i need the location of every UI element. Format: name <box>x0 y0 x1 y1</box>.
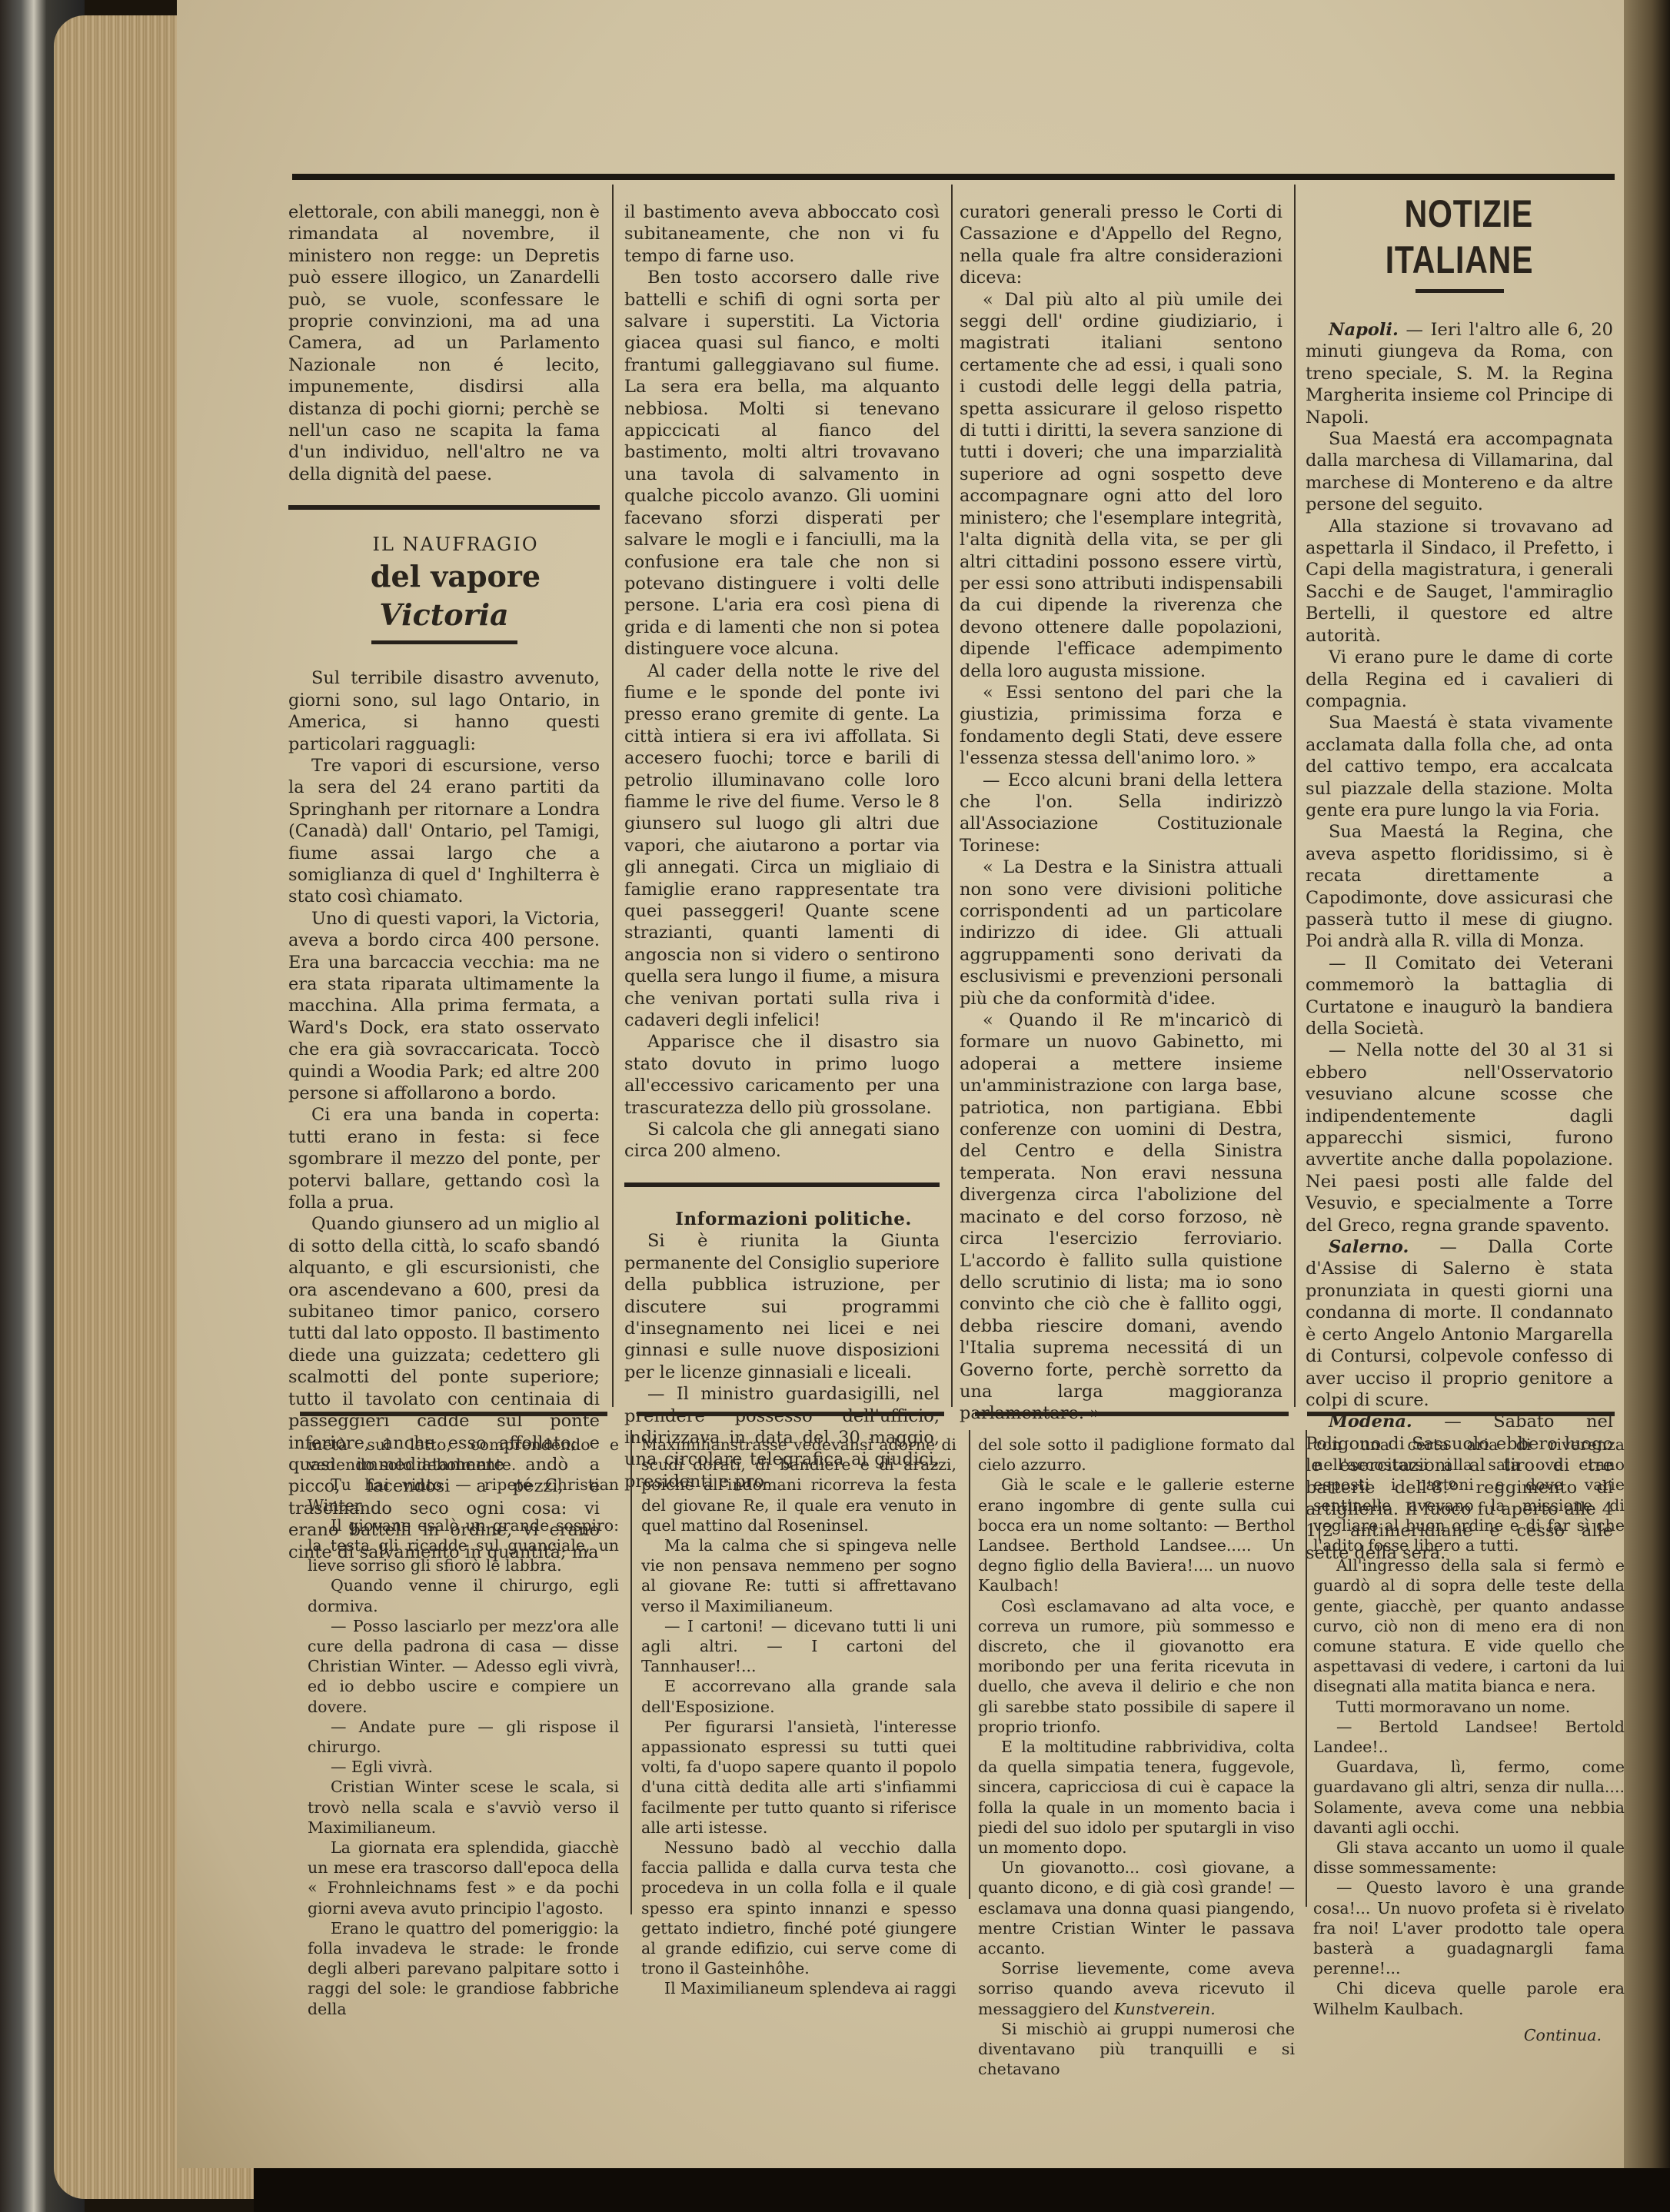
paragraph: — Posso lasciarlo per mezz'ora alle cure… <box>308 1616 619 1717</box>
quote-paragraph: « Essi sentono del pari che la giustizia… <box>960 682 1282 770</box>
feuilleton-separator <box>975 1412 1289 1416</box>
news-item: Alla stazione si trovavano ad aspettarla… <box>1306 516 1613 647</box>
article-title-prefix: del vapore <box>371 559 541 594</box>
paragraph: Il giovane esalò un grande sospiro: la t… <box>308 1515 619 1576</box>
news-item: Sua Maestá la Regina, che aveva aspetto … <box>1306 821 1613 952</box>
paragraph: Tu hai vinto — ripeté Christian Winter. <box>308 1475 619 1515</box>
facing-page-edge <box>1624 0 1670 2212</box>
paragraph: Gli stava accanto un uomo il quale disse… <box>1313 1838 1625 1878</box>
column-2: il bastimento aveva abboccato così subit… <box>624 201 940 1492</box>
paragraph: E accorrevano alla grande sala dell'Espo… <box>641 1676 956 1716</box>
paragraph: Già le scale e le gallerie esterne erano… <box>978 1475 1295 1595</box>
section-title-informazioni: Informazioni politiche. <box>624 1209 940 1230</box>
paragraph: Uno di questi vapori, la Victoria, aveva… <box>288 908 600 1105</box>
paragraph: — Ecco alcuni brani della lettera che l'… <box>960 770 1282 857</box>
feuilleton-column-1: metà sul letto, comprendendo e vedendo s… <box>308 1435 619 2019</box>
paragraph: Sorrise lievemente, come aveva sorriso q… <box>978 1958 1295 2019</box>
paragraph: Apparisce che il disastro sia stato dovu… <box>624 1031 940 1119</box>
feuilleton-separator <box>300 1412 607 1416</box>
paragraph: — Bertold Landsee! Bertold Landee!.. <box>1313 1717 1625 1757</box>
city-label: Salerno. <box>1329 1237 1409 1257</box>
paragraph: Il Maximilianeum splendeva ai raggi <box>641 1978 956 1998</box>
paragraph: E la moltitudine rabbrividiva, colta da … <box>978 1737 1295 1858</box>
paragraph: Così esclamavano ad alta voce, e correva… <box>978 1596 1295 1737</box>
paragraph: — Egli vivrà. <box>308 1757 619 1777</box>
quote-paragraph: « La Destra e la Sinistra attuali non so… <box>960 857 1282 1010</box>
news-item: Vi erano pure le dame di corte della Reg… <box>1306 647 1613 712</box>
paragraph: curatori generali presso le Corti di Cas… <box>960 201 1282 289</box>
paragraph: Per figurarsi l'ansietà, l'interesse app… <box>641 1717 956 1838</box>
paragraph: Si mischiò ai gruppi numerosi che divent… <box>978 2019 1295 2080</box>
paragraph: Erano le quattro del pomeriggio: la foll… <box>308 1918 619 2019</box>
intro-continuation: elettorale, con abili maneggi, non è rim… <box>288 201 600 485</box>
city-label: Napoli. <box>1329 320 1399 340</box>
column-4: NOTIZIE ITALIANE Napoli. — Ieri l'altro … <box>1306 191 1613 1564</box>
feuilleton-separator <box>1307 1412 1615 1416</box>
paragraph: Guardava, lì, fermo, come guardavano gli… <box>1313 1757 1625 1838</box>
section-divider <box>624 1183 940 1187</box>
paragraph: il bastimento aveva abboccato così subit… <box>624 201 940 267</box>
column-divider <box>951 185 953 1407</box>
paragraph: — Andate pure — gli rispose il chirurgo. <box>308 1717 619 1757</box>
feuilleton-separator <box>637 1412 944 1416</box>
paragraph: Tre vapori di escursione, verso la sera … <box>288 755 600 908</box>
top-rule <box>292 174 1615 180</box>
title-underline <box>371 640 517 644</box>
paragraph: Cristian Winter scese le scala, si trovò… <box>308 1777 619 1838</box>
column-divider <box>1306 1430 1307 1907</box>
italic-term: Kunstverein. <box>1114 2000 1216 2018</box>
news-item: Sua Maestá era accompagnata dalla marche… <box>1306 428 1613 516</box>
news-item: — Il Comitato dei Veterani commemorò la … <box>1306 953 1613 1040</box>
paragraph: Ma la calma che si spingeva nelle vie no… <box>641 1535 956 1616</box>
paragraph: Quando venne il chirurgo, egli dormiva. <box>308 1575 619 1615</box>
paragraph: Tutti mormoravano un nome. <box>1313 1697 1625 1717</box>
paragraph: — I cartoni! — dicevano tutti li uni agl… <box>641 1616 956 1677</box>
news-item: Napoli. — Ieri l'altro alle 6, 20 minuti… <box>1306 319 1613 428</box>
article-title-italic: Victoria <box>379 597 508 632</box>
column-1: elettorale, con abili maneggi, non è rim… <box>288 201 600 1563</box>
column-3: curatori generali presso le Corti di Cas… <box>960 201 1282 1425</box>
paragraph: Maximilianstrasse vedevansi adorne di sc… <box>641 1435 956 1535</box>
paragraph: Nessuno badò al vecchio dalla faccia pal… <box>641 1838 956 1978</box>
paragraph: La giornata era splendida, giacchè un me… <box>308 1838 619 1918</box>
paragraph: Sul terribile disastro avvenuto, giorni … <box>288 667 600 755</box>
paragraph: Ci era una banda in coperta: tutti erano… <box>288 1104 600 1213</box>
paragraph: metà sul letto, comprendendo e vedendo s… <box>308 1435 619 1475</box>
bottom-shadow <box>254 2168 1670 2212</box>
feuilleton-column-2: Maximilianstrasse vedevansi adorne di sc… <box>641 1435 956 1999</box>
quote-paragraph: « Quando il Re m'incaricò di formare un … <box>960 1010 1282 1425</box>
feuilleton-column-4: con una certa aria di riverenza nell'acc… <box>1313 1435 1625 2045</box>
feuilleton-column-3: del sole sotto il padiglione formato dal… <box>978 1435 1295 2080</box>
paragraph: Chi diceva quelle parole era Wilhelm Kau… <box>1313 1978 1625 2018</box>
article-kicker: IL NAUFRAGIO <box>288 531 600 557</box>
paragraph: Si calcola che gli annegati siano circa … <box>624 1119 940 1163</box>
news-item: — Nella notte del 30 al 31 si ebbero nel… <box>1306 1039 1613 1236</box>
paragraph: Un giovanotto... così giovane, a quanto … <box>978 1858 1295 1958</box>
paragraph: con una certa aria di riverenza nell'acc… <box>1313 1435 1625 1555</box>
paragraph: Ben tosto accorsero dalle rive battelli … <box>624 267 940 660</box>
quote-paragraph: « Dal più alto al più umile dei seggi de… <box>960 289 1282 682</box>
title-underline <box>1416 289 1504 293</box>
column-divider <box>612 185 614 1407</box>
paragraph: del sole sotto il padiglione formato dal… <box>978 1435 1295 1475</box>
paragraph: All'ingresso della sala si fermò e guard… <box>1313 1555 1625 1696</box>
news-item: Sua Maestá è stata vivamente acclamata d… <box>1306 712 1613 821</box>
paragraph: — Questo lavoro è una grande cosa!... Un… <box>1313 1878 1625 1978</box>
column-divider <box>630 1430 632 1914</box>
article-title: del vapore Victoria <box>288 557 600 634</box>
section-title-notizie-italiane: NOTIZIE ITALIANE <box>1333 191 1585 283</box>
column-divider <box>969 1430 970 1899</box>
section-divider <box>288 505 600 510</box>
paragraph: Al cader della notte le rive del fiume e… <box>624 660 940 1032</box>
column-divider <box>1294 185 1296 1407</box>
news-item: Salerno. — Dalla Corte d'Assise di Saler… <box>1306 1236 1613 1411</box>
to-be-continued: Continua. <box>1313 2025 1625 2045</box>
paragraph: Si è riunita la Giunta permanente del Co… <box>624 1230 940 1383</box>
